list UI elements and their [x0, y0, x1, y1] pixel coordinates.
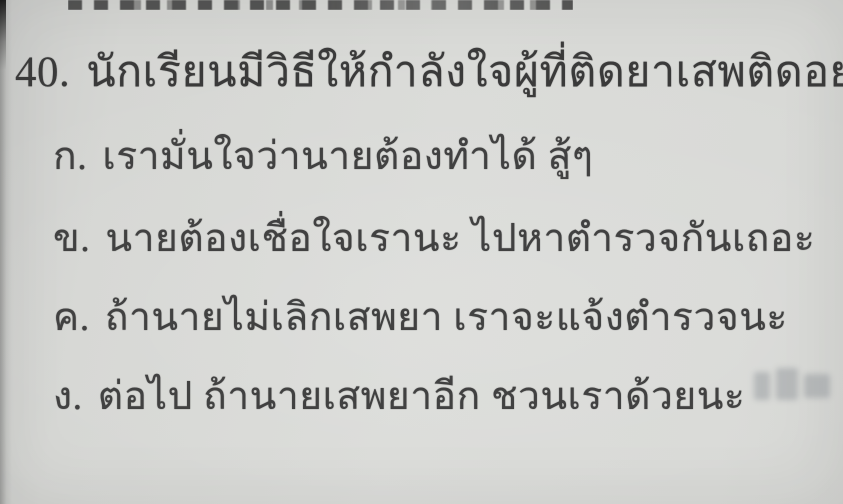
choice-text: ถ้านายไม่เลิกเสพยา เราจะแจ้งตำรวจนะ — [105, 296, 788, 339]
paper-left-edge-shadow — [0, 0, 12, 504]
paper-corner-shadow — [0, 0, 6, 70]
choice-label: ค. — [53, 290, 90, 346]
choice-text: เรามั่นใจว่านายต้องทำได้ สู้ๆ — [102, 135, 593, 178]
choice-row-ngo: ง.ต่อไป ถ้านายเสพยาอีก ชวนเราด้วยนะ — [53, 369, 745, 425]
question-line: 40.นักเรียนมีวิธีให้กำลังใจผู้ที่ติดยาเส… — [15, 42, 843, 104]
question-number: 40. — [15, 42, 70, 104]
choice-label: ง. — [53, 369, 83, 425]
choice-row-kho-khwai: ค.ถ้านายไม่เลิกเสพยา เราจะแจ้งตำรวจนะ — [53, 290, 788, 346]
choice-row-ko: ก.เรามั่นใจว่านายต้องทำได้ สู้ๆ — [53, 129, 593, 185]
question-text: นักเรียนมีวิธีให้กำลังใจผู้ที่ติดยาเสพติ… — [86, 49, 843, 96]
choice-text: ต่อไป ถ้านายเสพยาอีก ชวนเราด้วยนะ — [98, 375, 746, 418]
choice-row-kho: ข.นายต้องเชื่อใจเรานะ ไปหาตำรวจกันเถอะ — [53, 211, 815, 267]
choice-label: ก. — [53, 129, 87, 185]
previous-line-cropped-glyphs — [68, 0, 573, 10]
choice-label: ข. — [53, 211, 90, 267]
choice-text: นายต้องเชื่อใจเรานะ ไปหาตำรวจกันเถอะ — [105, 217, 815, 260]
ink-show-through-mark — [750, 364, 838, 408]
exam-paper-photo: 40.นักเรียนมีวิธีให้กำลังใจผู้ที่ติดยาเส… — [0, 0, 843, 504]
